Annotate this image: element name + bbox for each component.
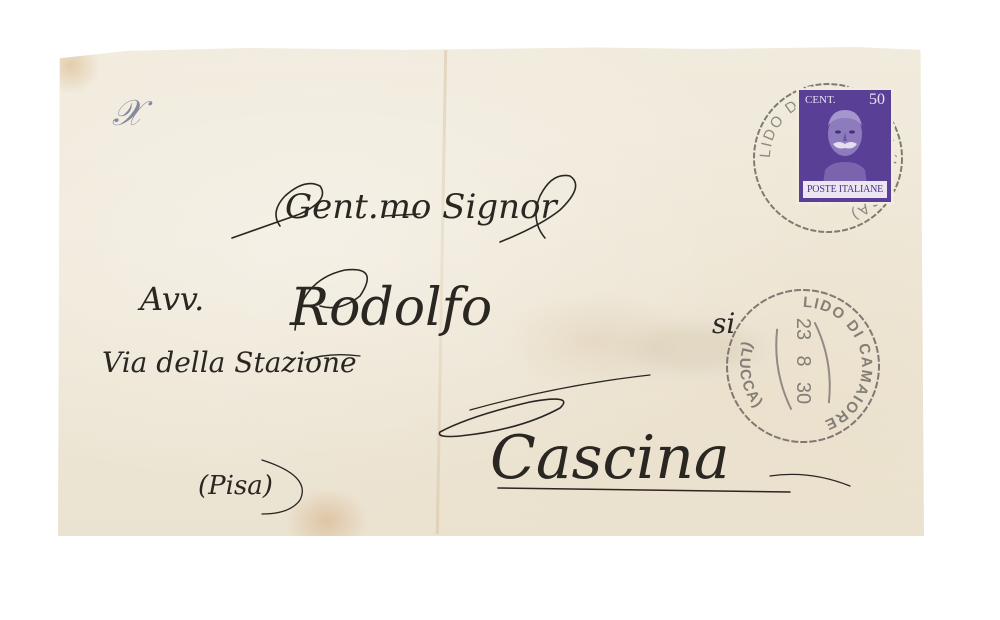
stamp-caption: POSTE ITALIANE xyxy=(803,181,887,198)
postmark-date-day: 23 xyxy=(792,318,814,340)
postmark-date-month: 8 xyxy=(792,355,814,366)
postmark-date-year: 30 xyxy=(792,382,814,404)
postmark-dated: LIDO DI CAMAIORE (LUCCA) 23 8 30 xyxy=(722,285,884,447)
king-portrait-icon xyxy=(815,104,875,184)
postage-stamp: CENT. 50 POSTE ITALIANE xyxy=(795,86,895,206)
